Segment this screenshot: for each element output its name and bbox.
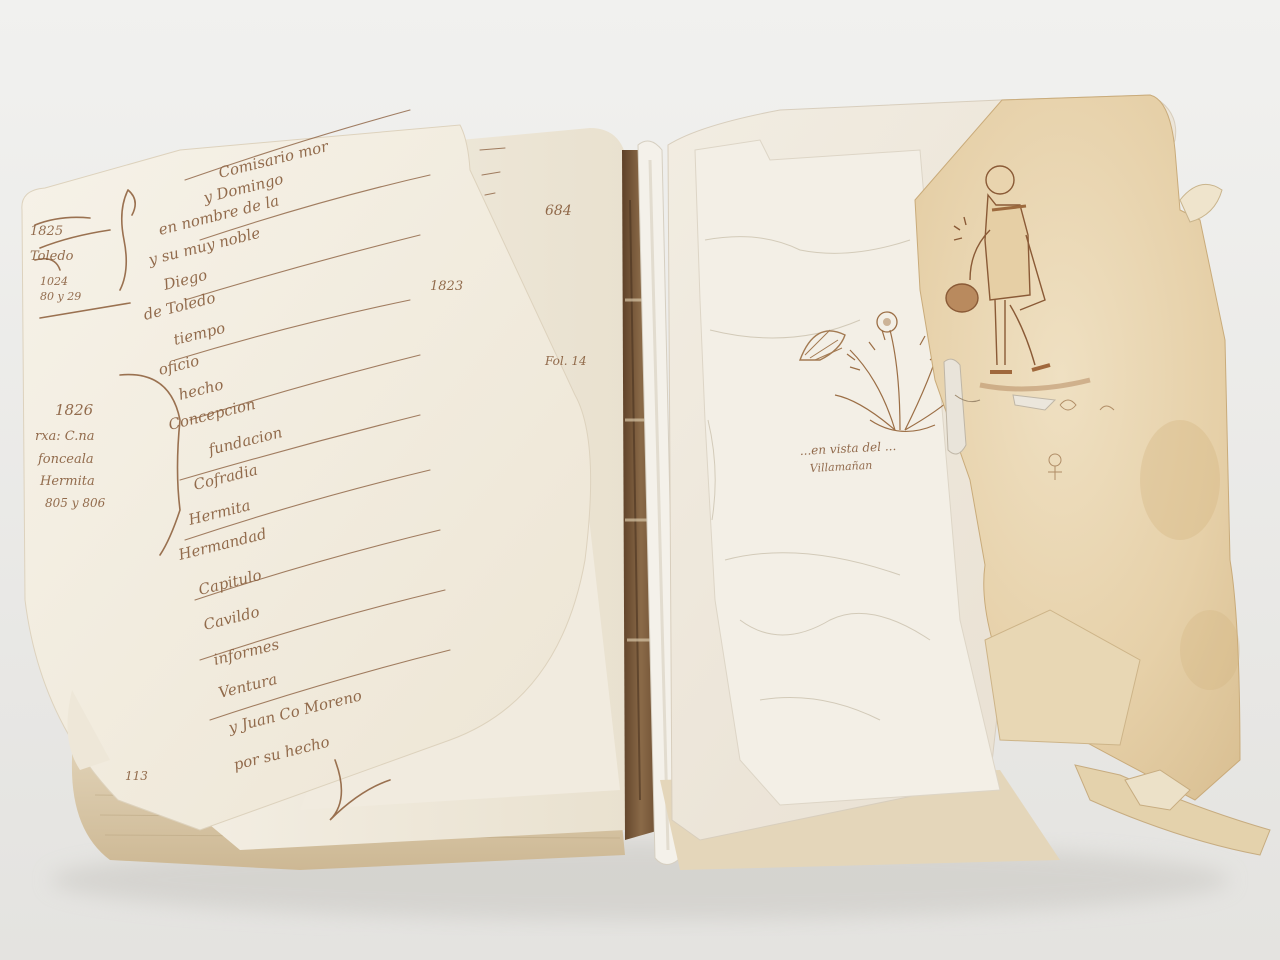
- svg-text:1825: 1825: [30, 224, 63, 239]
- svg-text:684: 684: [545, 203, 572, 219]
- svg-text:113: 113: [125, 769, 148, 783]
- svg-text:Toledo: Toledo: [30, 249, 74, 264]
- svg-text:fonceala: fonceala: [37, 452, 94, 467]
- svg-text:1024: 1024: [40, 275, 68, 288]
- svg-text:1823: 1823: [430, 279, 463, 294]
- svg-text:Fol. 14: Fol. 14: [544, 354, 587, 368]
- svg-text:1826: 1826: [55, 401, 94, 419]
- left-page-stack: 1825 Toledo 1024 80 y 29 1826 rxa: C.na …: [22, 110, 628, 870]
- svg-text:rxa: C.na: rxa: C.na: [35, 429, 95, 444]
- svg-text:Hermita: Hermita: [39, 474, 95, 489]
- manuscript-photo: 1825 Toledo 1024 80 y 29 1826 rxa: C.na …: [0, 0, 1280, 960]
- svg-text:80 y 29: 80 y 29: [40, 290, 81, 303]
- svg-text:805 y 806: 805 y 806: [45, 496, 106, 510]
